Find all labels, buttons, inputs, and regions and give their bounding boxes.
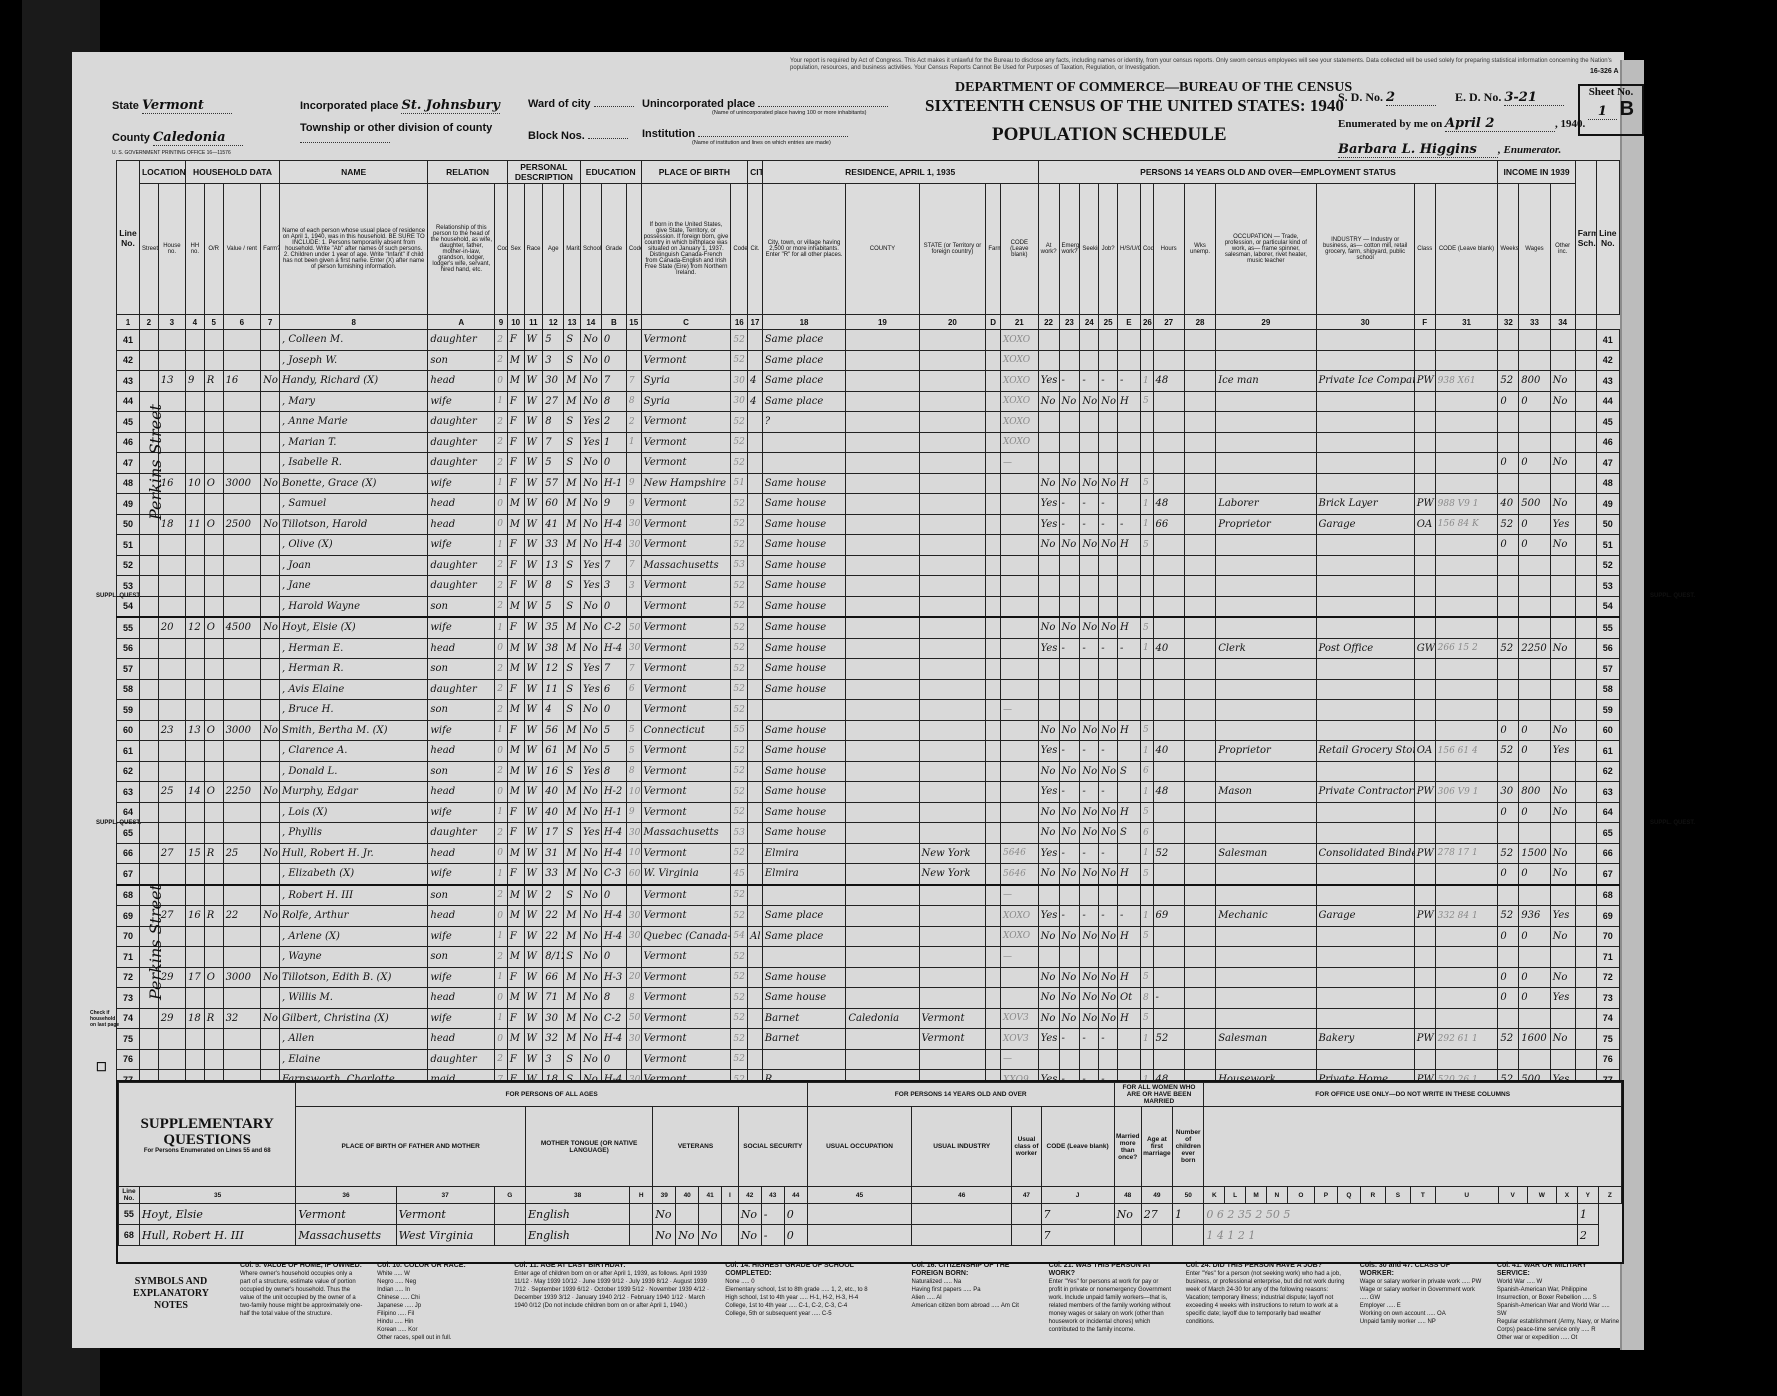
cell-relation: wife [428, 802, 495, 823]
cell-code-d: — [1001, 1049, 1039, 1070]
note-col41-list: World War ..... WSpanish-American War, P… [1497, 1278, 1620, 1342]
cell-res-city: Same house [762, 555, 846, 576]
cell-hh [185, 659, 204, 680]
cell-c21: Yes [1038, 1029, 1059, 1050]
cell-school: No [580, 514, 601, 535]
cell-school: No [580, 885, 601, 906]
cell-code-e: 1 [1140, 741, 1153, 762]
cell-res-city: Same house [762, 988, 846, 1009]
cell-class: OA [1414, 514, 1435, 535]
cell-age: 40 [543, 782, 564, 803]
cell-res-city: Barnet [762, 1008, 846, 1029]
cell-relation: son [428, 947, 495, 968]
cell-code-f: 156 84 K [1435, 514, 1498, 535]
cell-code-c: 52 [731, 761, 748, 782]
cell-weeks-unemp [1184, 535, 1215, 556]
cell-hours: 48 [1153, 782, 1184, 803]
cell-code-e: 5 [1140, 967, 1153, 988]
cell-hh: 12 [185, 617, 204, 638]
supp-column-number: 39 [653, 1187, 676, 1204]
cell-res-farm [986, 494, 1001, 515]
cell-code-d [1001, 659, 1039, 680]
sheet-number: 1 [1588, 104, 1617, 120]
cell-code-d: XOXO [1001, 412, 1039, 433]
cell-c22: No [1059, 864, 1080, 885]
cell-code-c: 52 [731, 885, 748, 906]
cell-age: 32 [543, 1029, 564, 1050]
sheet-side: B [1620, 98, 1634, 120]
cell-c21: Yes [1038, 638, 1059, 659]
cell-farm-sched [1575, 967, 1596, 988]
cell-cit [748, 802, 763, 823]
cell-age: 4 [543, 700, 564, 721]
cell-c24: No [1099, 720, 1118, 741]
cell-res-county [846, 741, 919, 762]
cell-marital: M [564, 391, 581, 412]
cell-name: , Herman E. [279, 638, 427, 659]
cell-marital: M [564, 782, 581, 803]
cell-other-inc: No [1550, 782, 1575, 803]
supp-column-number: 38 [525, 1187, 629, 1204]
cell-class [1414, 988, 1435, 1009]
cell-occupation: Clerk [1216, 638, 1316, 659]
cell-birthplace: Syria [641, 371, 731, 392]
supp-cell-code-j: 7 [1041, 1225, 1114, 1246]
cell-c21 [1038, 432, 1059, 453]
cell-name: Tillotson, Harold [279, 514, 427, 535]
note-item: Working on own account ..... OA [1360, 1310, 1483, 1318]
cell-name: Hoyt, Elsie (X) [279, 617, 427, 638]
supp-cell-ind [912, 1225, 1012, 1246]
note-item: Filipino ..... Fil [377, 1310, 500, 1318]
cell-code-d: — [1001, 947, 1039, 968]
supp-birth-parents-header: PLACE OF BIRTH OF FATHER AND MOTHER [296, 1107, 526, 1187]
column-number: 3 [158, 315, 185, 330]
cell-res-farm [986, 555, 1001, 576]
cell-code-b: 3 [626, 576, 641, 597]
cell-c22: No [1059, 391, 1080, 412]
cell-weeks [1498, 947, 1519, 968]
cell-sex: F [507, 679, 524, 700]
cell-hours: - [1153, 988, 1184, 1009]
supp-code-j-header: CODE (Leave blank) [1041, 1107, 1114, 1187]
cell-code-b [626, 453, 641, 474]
code-a-desc: Code [495, 184, 508, 315]
cell-farm-sched [1575, 514, 1596, 535]
cell-hours [1153, 679, 1184, 700]
cell-name: , Joan [279, 555, 427, 576]
cell-wages [1519, 617, 1550, 638]
cell-hh: 15 [185, 843, 204, 864]
cell-value [223, 659, 261, 680]
cell-grade: H-2 [601, 782, 626, 803]
cell-farm: No [261, 1008, 280, 1029]
cell-c25: - [1117, 514, 1140, 535]
cell-sex: F [507, 720, 524, 741]
cell-industry [1316, 555, 1414, 576]
cell-industry: Consolidated Bindery Co. [1316, 843, 1414, 864]
cell-birthplace: Vermont [641, 494, 731, 515]
column-number: C [641, 315, 731, 330]
cell-c25: S [1117, 823, 1140, 844]
cell-birthplace: Vermont [641, 782, 731, 803]
cell-code-f: 988 V9 1 [1435, 494, 1498, 515]
cell-marital: S [564, 350, 581, 371]
cell-c22: - [1059, 494, 1080, 515]
supp-over14-header: FOR PERSONS 14 YEARS OLD AND OVER [807, 1083, 1114, 1107]
cell-value: 16 [223, 371, 261, 392]
cell-occupation: Proprietor [1216, 514, 1316, 535]
cell-weeks-unemp [1184, 473, 1215, 494]
cell-res-state [919, 988, 986, 1009]
cell-cit: 4 [748, 371, 763, 392]
table-row: 67, Elizabeth (X)wife1FW33MNoC-360W. Vir… [117, 864, 1620, 885]
cell-other-inc: Yes [1550, 906, 1575, 927]
cell-house [158, 638, 185, 659]
cell-c24 [1099, 330, 1118, 351]
cell-c22 [1059, 555, 1080, 576]
cell-code-a: 2 [495, 679, 508, 700]
state-label: State [112, 100, 139, 112]
cell-wages [1519, 700, 1550, 721]
cell-occupation [1216, 1049, 1316, 1070]
cell-age: 31 [543, 843, 564, 864]
cell-weeks [1498, 432, 1519, 453]
column-number: A [428, 315, 495, 330]
cell-school: No [580, 596, 601, 617]
cell-code-d [1001, 576, 1039, 597]
cell-code-a: 2 [495, 330, 508, 351]
cell-age: 8 [543, 576, 564, 597]
cell-industry [1316, 679, 1414, 700]
cell-grade: 8 [601, 761, 626, 782]
cell-relation: head [428, 782, 495, 803]
cell-other-inc [1550, 947, 1575, 968]
cell-code-e [1140, 453, 1153, 474]
cell-occupation [1216, 700, 1316, 721]
age-desc: Age [543, 184, 564, 315]
cell-res-farm [986, 535, 1001, 556]
cell-c25: H [1117, 535, 1140, 556]
enumerated-label: Enumerated by me on [1338, 118, 1442, 130]
cell-wages [1519, 885, 1550, 906]
supp-age-first-marriage-header: Age at first marriage [1141, 1107, 1172, 1187]
supp-column-number: H [630, 1187, 653, 1204]
cell-code-b [626, 700, 641, 721]
cell-line: 61 [117, 741, 140, 762]
cell-c22 [1059, 576, 1080, 597]
cell-grade: 0 [601, 700, 626, 721]
cell-c25 [1117, 576, 1140, 597]
cell-farm-sched [1575, 864, 1596, 885]
cell-c24: No [1099, 988, 1118, 1009]
cell-street [139, 720, 158, 741]
cell-code-f [1435, 1049, 1498, 1070]
cell-race: W [524, 885, 543, 906]
cell-industry: Garage [1316, 906, 1414, 927]
block-value [588, 138, 628, 139]
cell-other-inc [1550, 823, 1575, 844]
residence-header: RESIDENCE, APRIL 1, 1935 [762, 161, 1038, 184]
cell-code-c: 52 [731, 679, 748, 700]
cell-farm [261, 555, 280, 576]
cell-c25: H [1117, 1008, 1140, 1029]
cell-c22 [1059, 1049, 1080, 1070]
cell-code-a: 1 [495, 535, 508, 556]
cell-code-a: 0 [495, 514, 508, 535]
cell-race: W [524, 906, 543, 927]
supp-column-number: 37 [396, 1187, 494, 1204]
note-item: Regular establishment (Army, Navy, or Ma… [1497, 1318, 1620, 1334]
cell-c24 [1099, 412, 1118, 433]
cell-res-county [846, 617, 919, 638]
cell-line: 55 [117, 617, 140, 638]
check-last-page-box[interactable]: ☐ [96, 1060, 107, 1074]
code-b-desc: Code [626, 184, 641, 315]
supp-column-number: U [1435, 1187, 1498, 1204]
cell-value [223, 453, 261, 474]
cell-school: Yes [580, 432, 601, 453]
cell-c25 [1117, 350, 1140, 371]
cell-code-c: 52 [731, 535, 748, 556]
cell-code-c: 52 [731, 494, 748, 515]
cell-line: 70 [117, 926, 140, 947]
cell-owned [204, 330, 223, 351]
supp-cell-s43: - [761, 1225, 784, 1246]
cell-c24: No [1099, 864, 1118, 885]
cell-code-f [1435, 761, 1498, 782]
table-row: 53, Janedaughter2FW8SYes33Vermont52Same … [117, 576, 1620, 597]
cell-farm [261, 659, 280, 680]
cell-wages [1519, 330, 1550, 351]
cell-res-farm [986, 885, 1001, 906]
cell-res-county [846, 761, 919, 782]
cell-res-state [919, 473, 986, 494]
cell-age: 35 [543, 617, 564, 638]
cell-street [139, 843, 158, 864]
cell-code-d [1001, 720, 1039, 741]
supp-row: 68Hull, Robert H. IIIMassachusettsWest V… [119, 1225, 1622, 1246]
cell-age: 40 [543, 802, 564, 823]
cell-res-state [919, 514, 986, 535]
cell-res-city: Barnet [762, 1029, 846, 1050]
note-item: Chinese ..... Chi [377, 1294, 500, 1302]
cell-grade: 0 [601, 330, 626, 351]
supp-cell-y: 1 [1577, 1204, 1598, 1225]
note-col30: Cols. 30 and 47. CLASS OF WORKER:Wage or… [1360, 1262, 1483, 1342]
residence-state-desc: STATE (or Territory or foreign country) [919, 184, 986, 315]
cell-line-right: 41 [1596, 330, 1619, 351]
cell-name: , Anne Marie [279, 412, 427, 433]
supp-column-number: Z [1598, 1187, 1621, 1204]
cell-res-state [919, 926, 986, 947]
cell-c23 [1080, 1049, 1099, 1070]
cell-code-d: — [1001, 453, 1039, 474]
cell-occupation [1216, 617, 1316, 638]
note-item: Unpaid family worker ..... NP [1360, 1318, 1483, 1326]
cell-code-b: 50 [626, 1008, 641, 1029]
supp-column-number: P [1314, 1187, 1337, 1204]
cell-birthplace: Vermont [641, 659, 731, 680]
cell-c24: No [1099, 761, 1118, 782]
cell-code-d: XOXO [1001, 391, 1039, 412]
cell-code-e [1140, 700, 1153, 721]
supp-cell-tongue: English [525, 1204, 629, 1225]
cell-c24 [1099, 350, 1118, 371]
cell-race: W [524, 741, 543, 762]
cell-school: No [580, 843, 601, 864]
cell-cit [748, 967, 763, 988]
cell-res-city: Same place [762, 926, 846, 947]
cell-name: , Lois (X) [279, 802, 427, 823]
cell-weeks-unemp [1184, 823, 1215, 844]
note-col10-list: White ..... WNegro ..... NegIndian .....… [377, 1270, 500, 1342]
cell-c24: No [1099, 802, 1118, 823]
cell-school: Yes [580, 555, 601, 576]
cell-line-right: 72 [1596, 967, 1619, 988]
cell-c22: - [1059, 843, 1080, 864]
cell-res-farm [986, 638, 1001, 659]
cell-c21: No [1038, 535, 1059, 556]
table-row: 722917O3000NoTillotson, Edith B. (X)wife… [117, 967, 1620, 988]
cell-cit [748, 885, 763, 906]
cell-c25: H [1117, 864, 1140, 885]
cell-school: No [580, 1029, 601, 1050]
cell-cit [748, 864, 763, 885]
cell-farm [261, 741, 280, 762]
sd-label: S. D. No. [1338, 90, 1383, 104]
cell-line-right: 67 [1596, 864, 1619, 885]
cell-name: Murphy, Edgar [279, 782, 427, 803]
cell-c22: No [1059, 761, 1080, 782]
table-row: 44, Marywife1FW27MNo88Syria304Same place… [117, 391, 1620, 412]
cell-c23: - [1080, 782, 1099, 803]
cell-value [223, 761, 261, 782]
cell-farm [261, 1029, 280, 1050]
cell-c25 [1117, 885, 1140, 906]
cell-res-city: Same house [762, 967, 846, 988]
cell-c23: No [1080, 720, 1099, 741]
cell-line-right: 53 [1596, 576, 1619, 597]
supp-cell-married-more: No [1114, 1204, 1141, 1225]
cell-hours [1153, 535, 1184, 556]
cell-code-b [626, 330, 641, 351]
column-number: 25 [1099, 315, 1118, 330]
supp-cell-cls [1012, 1204, 1041, 1225]
cell-hours [1153, 350, 1184, 371]
cell-birthplace: Vermont [641, 1008, 731, 1029]
cell-code-c: 52 [731, 638, 748, 659]
cell-grade: 0 [601, 350, 626, 371]
cell-c24: No [1099, 391, 1118, 412]
cell-hours [1153, 864, 1184, 885]
cell-res-city: Same place [762, 906, 846, 927]
cell-wages [1519, 659, 1550, 680]
cell-age: 12 [543, 659, 564, 680]
cell-school: No [580, 371, 601, 392]
cell-weeks [1498, 700, 1519, 721]
note-col41-title: Col. 41. WAR OR MILITARY SERVICE: [1497, 1262, 1620, 1278]
grade-desc: Grade [601, 184, 626, 315]
table-row: 64, Lois (X)wife1FW40MNoH-19Vermont52Sam… [117, 802, 1620, 823]
cell-school: No [580, 494, 601, 515]
cell-wages [1519, 823, 1550, 844]
cell-res-state [919, 967, 986, 988]
supp-quest-marker-right: SUPPL. QUEST. [1650, 593, 1695, 599]
cell-res-state [919, 823, 986, 844]
cell-class [1414, 967, 1435, 988]
cell-marital: S [564, 330, 581, 351]
cell-occupation [1216, 576, 1316, 597]
block-label: Block Nos. [528, 130, 585, 142]
cell-grade: 5 [601, 741, 626, 762]
cell-res-county: Caledonia [846, 1008, 919, 1029]
cell-res-state [919, 453, 986, 474]
cell-wages: 1600 [1519, 1029, 1550, 1050]
cell-industry [1316, 761, 1414, 782]
cell-res-county [846, 947, 919, 968]
cell-name: , Willis M. [279, 988, 427, 1009]
cell-value [223, 638, 261, 659]
note-col11: Col. 11. AGE AT LAST BIRTHDAY:Enter age … [514, 1262, 711, 1342]
street-name-vertical: Perkins Street [146, 404, 165, 520]
cell-house [158, 761, 185, 782]
cell-other-inc: No [1550, 638, 1575, 659]
cell-hours [1153, 761, 1184, 782]
cell-code-e: 1 [1140, 494, 1153, 515]
cell-c25: H [1117, 926, 1140, 947]
cell-hours [1153, 473, 1184, 494]
cell-line: 47 [117, 453, 140, 474]
cell-name: , Herman R. [279, 659, 427, 680]
table-row: 73, Willis M.head0MW71MNo88Vermont52Same… [117, 988, 1620, 1009]
cell-class: PW [1414, 1029, 1435, 1050]
cell-owned [204, 761, 223, 782]
cell-line-right: 62 [1596, 761, 1619, 782]
cell-industry [1316, 720, 1414, 741]
cell-code-a: 2 [495, 885, 508, 906]
cell-c21 [1038, 700, 1059, 721]
cell-res-county [846, 391, 919, 412]
cell-line-right: 56 [1596, 638, 1619, 659]
cell-res-farm [986, 596, 1001, 617]
cell-relation: wife [428, 864, 495, 885]
cell-marital: M [564, 617, 581, 638]
cell-code-b: 10 [626, 843, 641, 864]
cell-relation: son [428, 350, 495, 371]
note-item: American citizen born abroad ..... Am Ci… [912, 1302, 1035, 1310]
cell-line-right: 47 [1596, 453, 1619, 474]
note-col11-title: Col. 11. AGE AT LAST BIRTHDAY: [514, 1262, 711, 1270]
cell-c23: No [1080, 926, 1099, 947]
cell-marital: M [564, 535, 581, 556]
cell-hh [185, 432, 204, 453]
cell-c25: H [1117, 391, 1140, 412]
cell-cit [748, 453, 763, 474]
cell-school: Yes [580, 659, 601, 680]
supp-cell-y: 2 [1577, 1225, 1598, 1246]
cell-c21: Yes [1038, 843, 1059, 864]
cell-line: 45 [117, 412, 140, 433]
cell-weeks-unemp [1184, 412, 1215, 433]
cell-sex: F [507, 802, 524, 823]
cell-code-e: 1 [1140, 514, 1153, 535]
column-number: 23 [1059, 315, 1080, 330]
cell-farm [261, 432, 280, 453]
cell-res-state [919, 659, 986, 680]
cell-code-d [1001, 494, 1039, 515]
cell-c24: No [1099, 1008, 1118, 1029]
